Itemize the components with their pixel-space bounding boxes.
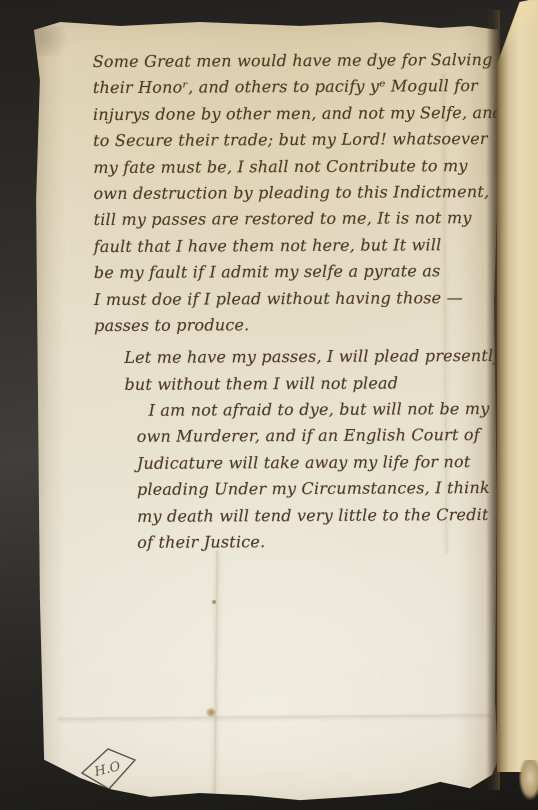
facing-page-edge <box>497 0 538 772</box>
manuscript-line: but without them I will not plead <box>124 370 496 398</box>
manuscript-line: own destruction by pleading to this Indi… <box>93 179 495 207</box>
manuscript-line: fault that I have them not here, but It … <box>94 232 496 260</box>
manuscript-line: their Honoʳ, and others to pacify yᵉ Mog… <box>93 73 495 101</box>
manuscript-line: Let me have my passes, I will plead pres… <box>124 343 496 371</box>
ink-stain <box>206 708 216 717</box>
stamp-label: H.O <box>92 759 122 780</box>
manuscript-page: Some Great men would have me dye for Sal… <box>30 16 502 808</box>
manuscript-paragraph-2: Let me have my passes, I will plead pres… <box>124 343 496 398</box>
manuscript-line: I must doe if I plead without having tho… <box>94 284 496 312</box>
diamond-stamp-icon: H.O <box>78 745 138 795</box>
manuscript-line: to Secure their trade; but my Lord! what… <box>93 126 495 154</box>
horizontal-crease <box>58 714 490 720</box>
manuscript-text: Some Great men would have me dye for Sal… <box>93 47 498 557</box>
manuscript-line: till my passes are restored to me, It is… <box>94 205 496 233</box>
manuscript-line: injurys done by other men, and not my Se… <box>93 100 495 128</box>
manuscript-line: Judicature will take away my life for no… <box>137 449 497 477</box>
manuscript-line: my fate must be, I shall not Contribute … <box>93 153 495 181</box>
facing-page-bottom-curl <box>512 760 538 804</box>
manuscript-paragraph-3: I am not afraid to dye, but will not be … <box>137 396 498 556</box>
manuscript-line: of their Justice. <box>137 528 497 556</box>
manuscript-line: passes to produce. <box>94 311 496 339</box>
corner-stain <box>32 26 74 56</box>
manuscript-photo: Some Great men would have me dye for Sal… <box>0 0 538 810</box>
manuscript-line: own Murderer, and if an English Court of <box>137 422 497 450</box>
ink-stain <box>212 600 216 604</box>
manuscript-paragraph-1: Some Great men would have me dye for Sal… <box>93 47 497 339</box>
manuscript-line: be my fault if I admit my selfe a pyrate… <box>94 258 496 286</box>
manuscript-line: my death will tend very little to the Cr… <box>137 502 497 530</box>
manuscript-line: I am not afraid to dye, but will not be … <box>137 396 497 424</box>
vertical-crease <box>214 551 219 806</box>
archival-diamond-stamp: H.O <box>78 745 138 795</box>
manuscript-line: Some Great men would have me dye for Sal… <box>93 47 495 75</box>
manuscript-line: pleading Under my Circumstances, I think <box>137 475 497 503</box>
